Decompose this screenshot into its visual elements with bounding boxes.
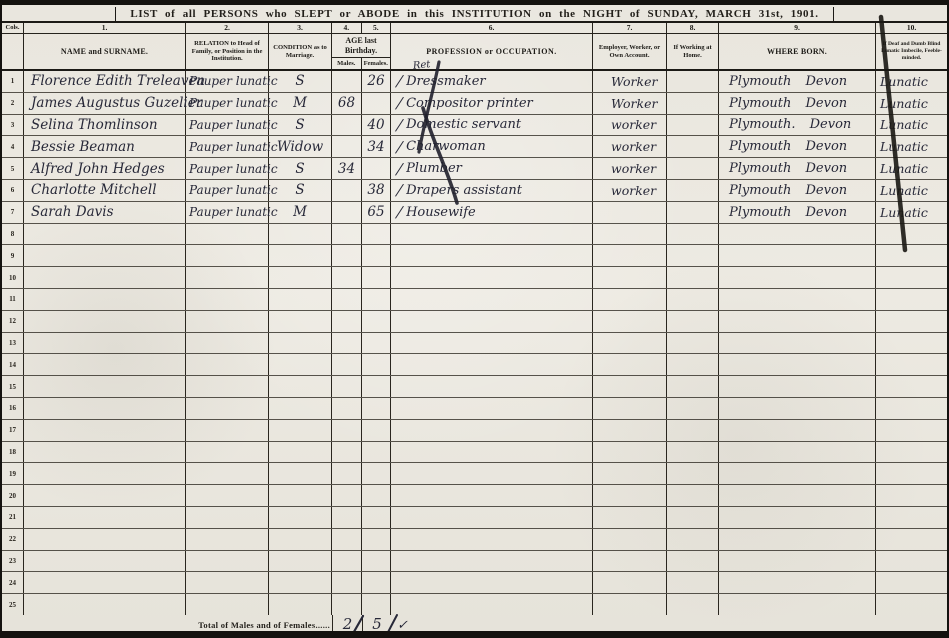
- males-subheader: Males.: [332, 58, 362, 69]
- employer-cell: [593, 224, 667, 245]
- working-at-home-cell: [667, 267, 719, 288]
- occupation-text: Drapers assistant: [406, 183, 522, 198]
- check-mark: ∕: [396, 138, 404, 156]
- where-born-cell: [719, 224, 876, 245]
- row-number: 1: [2, 71, 24, 92]
- condition-cell: [269, 442, 332, 463]
- working-at-home-cell: [667, 245, 719, 266]
- relation-cell: Pauper lunatic: [186, 180, 269, 201]
- age-female-cell: [362, 529, 391, 550]
- column-infirmity: 10. If Deaf and Dumb Blind Lunatic Imbec…: [876, 23, 947, 69]
- condition-cell: [269, 267, 332, 288]
- occupation-cell: [391, 572, 593, 593]
- row-number: 15: [2, 376, 24, 397]
- where-born-cell: Plymouth Devon: [719, 71, 876, 92]
- working-at-home-cell: [667, 136, 719, 157]
- col9-label: WHERE BORN.: [719, 34, 875, 69]
- check-mark: ∕: [396, 94, 404, 112]
- relation-cell: [186, 376, 269, 397]
- table-row: 11: [2, 289, 947, 311]
- age-male-cell: [332, 224, 362, 245]
- age-male-cell: [332, 115, 362, 136]
- occupation-cell: ∕Domestic servant: [391, 115, 593, 136]
- row-number: 23: [2, 551, 24, 572]
- relation-cell: Pauper lunatic: [186, 136, 269, 157]
- name-cell: [24, 420, 186, 441]
- row-number: 12: [2, 311, 24, 332]
- employer-cell: [593, 398, 667, 419]
- age-female-cell: [362, 485, 391, 506]
- working-at-home-cell: [667, 158, 719, 179]
- age-female-cell: [362, 93, 391, 114]
- title-row: LIST of all PERSONS who SLEPT or ABODE i…: [2, 5, 947, 23]
- condition-cell: [269, 594, 332, 615]
- col9-number: 9.: [719, 23, 875, 34]
- relation-cell: [186, 485, 269, 506]
- age-male-cell: [332, 354, 362, 375]
- row-number: 22: [2, 529, 24, 550]
- row-number: 9: [2, 245, 24, 266]
- condition-cell: [269, 354, 332, 375]
- infirmity-cell: Lunatic: [876, 180, 947, 201]
- infirmity-cell: [876, 245, 947, 266]
- age-female-cell: [362, 354, 391, 375]
- row-number: 25: [2, 594, 24, 615]
- relation-cell: [186, 267, 269, 288]
- age-female-cell: [362, 333, 391, 354]
- condition-cell: M: [269, 202, 332, 223]
- row-number: 11: [2, 289, 24, 310]
- relation-cell: [186, 442, 269, 463]
- employer-cell: [593, 594, 667, 615]
- row-number: 21: [2, 507, 24, 528]
- col3-number: 3.: [269, 23, 331, 34]
- infirmity-cell: [876, 333, 947, 354]
- total-check-mark: ✓: [391, 618, 408, 633]
- working-at-home-cell: [667, 529, 719, 550]
- infirmity-cell: [876, 289, 947, 310]
- where-born-cell: Plymouth Devon: [719, 202, 876, 223]
- age-label: AGE last Birthday.: [332, 34, 390, 57]
- occupation-cell: [391, 551, 593, 572]
- occupation-cell: ∕Charwoman: [391, 136, 593, 157]
- age-male-cell: [332, 485, 362, 506]
- column-relation: 2. RELATION to Head of Family, or Positi…: [186, 23, 269, 69]
- relation-cell: [186, 245, 269, 266]
- table-row: 23: [2, 551, 947, 573]
- table-row: 22: [2, 529, 947, 551]
- col1-label: NAME and SURNAME.: [24, 34, 185, 69]
- relation-cell: Pauper lunatic: [186, 71, 269, 92]
- employer-cell: [593, 551, 667, 572]
- row-number: 20: [2, 485, 24, 506]
- condition-cell: M: [269, 93, 332, 114]
- occupation-cell: [391, 442, 593, 463]
- condition-cell: S: [269, 71, 332, 92]
- occupation-text: Compositor printer: [406, 96, 533, 111]
- where-born-cell: [719, 507, 876, 528]
- age-male-cell: [332, 245, 362, 266]
- name-cell: Sarah Davis: [24, 202, 186, 223]
- table-row: 19: [2, 463, 947, 485]
- condition-cell: [269, 420, 332, 441]
- total-label: Total of Males and of Females......: [2, 620, 332, 630]
- occupation-cell: [391, 245, 593, 266]
- age-male-cell: [332, 202, 362, 223]
- working-at-home-cell: [667, 594, 719, 615]
- col2-label: RELATION to Head of Family, or Position …: [186, 34, 268, 69]
- employer-cell: [593, 354, 667, 375]
- where-born-cell: [719, 594, 876, 615]
- table-row: 10: [2, 267, 947, 289]
- name-cell: [24, 224, 186, 245]
- relation-cell: [186, 420, 269, 441]
- relation-cell: Pauper lunatic: [186, 202, 269, 223]
- row-number: 17: [2, 420, 24, 441]
- infirmity-cell: Lunatic: [876, 115, 947, 136]
- condition-cell: [269, 463, 332, 484]
- col3-label: CONDITION as to Marriage.: [269, 34, 331, 69]
- age-subheaders: Males. Females.: [332, 57, 390, 69]
- where-born-cell: [719, 529, 876, 550]
- working-at-home-cell: [667, 311, 719, 332]
- employer-cell: [593, 267, 667, 288]
- infirmity-cell: Lunatic: [876, 93, 947, 114]
- name-cell: [24, 572, 186, 593]
- check-mark: ∕: [396, 160, 404, 178]
- age-male-cell: [332, 398, 362, 419]
- table-row: 18: [2, 442, 947, 464]
- occupation-text: Charwoman: [406, 139, 486, 154]
- col8-label: If Working at Home.: [667, 34, 718, 69]
- row-number: 16: [2, 398, 24, 419]
- name-cell: [24, 463, 186, 484]
- table-row: 4 Bessie Beaman Pauper lunatic Widow 34 …: [2, 136, 947, 158]
- column-where-born: 9. WHERE BORN.: [719, 23, 876, 69]
- relation-cell: [186, 507, 269, 528]
- employer-cell: [593, 572, 667, 593]
- table-row: 9: [2, 245, 947, 267]
- table-row: 2 James Augustus Guzelier Pauper lunatic…: [2, 93, 947, 115]
- occupation-cell: [391, 376, 593, 397]
- occupation-cell: [391, 594, 593, 615]
- relation-cell: [186, 311, 269, 332]
- working-at-home-cell: [667, 376, 719, 397]
- occupation-cell: [391, 311, 593, 332]
- age-female-cell: [362, 158, 391, 179]
- age-female-cell: 38: [362, 180, 391, 201]
- infirmity-cell: [876, 442, 947, 463]
- age-male-cell: 68: [332, 93, 362, 114]
- name-cell: [24, 376, 186, 397]
- infirmity-cell: [876, 398, 947, 419]
- condition-cell: S: [269, 180, 332, 201]
- col4-number: 4.: [332, 23, 362, 33]
- where-born-cell: [719, 354, 876, 375]
- occupation-cell: [391, 529, 593, 550]
- age-male-cell: 34: [332, 158, 362, 179]
- infirmity-cell: [876, 354, 947, 375]
- employer-cell: worker: [593, 180, 667, 201]
- total-row: Total of Males and of Females...... 2 5 …: [2, 615, 947, 635]
- cols-blank: [2, 34, 23, 69]
- where-born-cell: [719, 463, 876, 484]
- employer-cell: [593, 376, 667, 397]
- working-at-home-cell: [667, 354, 719, 375]
- age-female-cell: [362, 376, 391, 397]
- relation-cell: [186, 398, 269, 419]
- working-at-home-cell: [667, 551, 719, 572]
- age-female-cell: 65: [362, 202, 391, 223]
- infirmity-cell: [876, 572, 947, 593]
- name-cell: Florence Edith Treleaven: [24, 71, 186, 92]
- age-female-cell: [362, 442, 391, 463]
- condition-cell: [269, 507, 332, 528]
- age-female-cell: [362, 572, 391, 593]
- relation-cell: [186, 354, 269, 375]
- age-male-cell: [332, 529, 362, 550]
- where-born-cell: [719, 442, 876, 463]
- employer-cell: [593, 202, 667, 223]
- name-cell: [24, 333, 186, 354]
- condition-cell: [269, 245, 332, 266]
- check-mark: ∕: [396, 203, 404, 221]
- age-male-cell: [332, 333, 362, 354]
- infirmity-cell: [876, 529, 947, 550]
- name-cell: [24, 354, 186, 375]
- working-at-home-cell: [667, 485, 719, 506]
- condition-cell: [269, 376, 332, 397]
- condition-cell: [269, 224, 332, 245]
- age-male-cell: [332, 376, 362, 397]
- relation-cell: [186, 289, 269, 310]
- employer-cell: [593, 289, 667, 310]
- column-age: 4. 5. AGE last Birthday. Males. Females.: [332, 23, 391, 69]
- where-born-cell: [719, 485, 876, 506]
- name-cell: Bessie Beaman: [24, 136, 186, 157]
- infirmity-cell: Lunatic: [876, 136, 947, 157]
- age-female-cell: [362, 398, 391, 419]
- employer-cell: [593, 420, 667, 441]
- occupation-cell: ∕Compositor printer: [391, 93, 593, 114]
- infirmity-cell: [876, 507, 947, 528]
- age-female-cell: [362, 594, 391, 615]
- table-row: 24: [2, 572, 947, 594]
- employer-cell: worker: [593, 136, 667, 157]
- col8-number: 8.: [667, 23, 718, 34]
- occupation-text: Housewife: [406, 205, 476, 220]
- table-row: 12: [2, 311, 947, 333]
- infirmity-cell: [876, 594, 947, 615]
- where-born-cell: [719, 572, 876, 593]
- occupation-cell: [391, 224, 593, 245]
- working-at-home-cell: [667, 224, 719, 245]
- age-female-cell: [362, 267, 391, 288]
- occupation-text: Dressmaker: [406, 74, 486, 89]
- name-cell: Charlotte Mitchell: [24, 180, 186, 201]
- infirmity-cell: [876, 463, 947, 484]
- col2-number: 2.: [186, 23, 268, 34]
- col10-number: 10.: [876, 23, 947, 34]
- name-cell: James Augustus Guzelier: [24, 93, 186, 114]
- age-female-cell: [362, 420, 391, 441]
- occupation-cell: ∕Drapers assistant: [391, 180, 593, 201]
- relation-cell: [186, 551, 269, 572]
- row-number: 5: [2, 158, 24, 179]
- employer-cell: [593, 245, 667, 266]
- working-at-home-cell: [667, 202, 719, 223]
- name-cell: [24, 485, 186, 506]
- employer-cell: [593, 311, 667, 332]
- row-number: 3: [2, 115, 24, 136]
- employer-cell: Worker: [593, 93, 667, 114]
- total-males: 2: [332, 615, 362, 635]
- col6-number: 6.: [391, 23, 592, 34]
- employer-cell: [593, 529, 667, 550]
- column-employer: 7. Employer, Worker, or Own Account.: [593, 23, 667, 69]
- name-cell: [24, 267, 186, 288]
- age-female-cell: [362, 507, 391, 528]
- check-mark: ∕: [396, 72, 404, 90]
- working-at-home-cell: [667, 71, 719, 92]
- occupation-cell: [391, 267, 593, 288]
- condition-cell: [269, 572, 332, 593]
- table-row: 20: [2, 485, 947, 507]
- col1-number: 1.: [24, 23, 185, 34]
- column-condition: 3. CONDITION as to Marriage.: [269, 23, 332, 69]
- age-female-cell: [362, 224, 391, 245]
- infirmity-cell: Lunatic: [876, 202, 947, 223]
- infirmity-cell: [876, 485, 947, 506]
- where-born-cell: [719, 289, 876, 310]
- employer-cell: worker: [593, 115, 667, 136]
- name-cell: [24, 442, 186, 463]
- ret-annotation: Ret: [412, 59, 431, 72]
- where-born-cell: [719, 376, 876, 397]
- occupation-cell: ∕Dressmaker: [391, 71, 593, 92]
- where-born-cell: [719, 311, 876, 332]
- name-cell: [24, 311, 186, 332]
- age-female-cell: [362, 551, 391, 572]
- table-row: 3 Selina Thomlinson Pauper lunatic S 40 …: [2, 115, 947, 137]
- age-male-cell: [332, 71, 362, 92]
- row-number: 7: [2, 202, 24, 223]
- age-female-cell: [362, 245, 391, 266]
- column-cols: Cols.: [2, 23, 24, 69]
- occupation-cell: ∕Plumber: [391, 158, 593, 179]
- row-number: 14: [2, 354, 24, 375]
- condition-cell: [269, 333, 332, 354]
- employer-cell: [593, 485, 667, 506]
- where-born-cell: [719, 333, 876, 354]
- age-female-cell: 40: [362, 115, 391, 136]
- total-females: 5: [362, 615, 391, 635]
- condition-cell: [269, 529, 332, 550]
- row-number: 24: [2, 572, 24, 593]
- name-cell: [24, 529, 186, 550]
- occupation-cell: [391, 420, 593, 441]
- cols-label: Cols.: [2, 23, 23, 34]
- condition-cell: [269, 398, 332, 419]
- where-born-cell: [719, 420, 876, 441]
- relation-cell: [186, 463, 269, 484]
- where-born-cell: Plymouth Devon: [719, 93, 876, 114]
- age-male-cell: [332, 311, 362, 332]
- occupation-cell: [391, 333, 593, 354]
- occupation-text: Plumber: [406, 161, 462, 176]
- table-row: 25: [2, 594, 947, 615]
- age-male-cell: [332, 420, 362, 441]
- occupation-cell: [391, 485, 593, 506]
- row-number: 2: [2, 93, 24, 114]
- name-cell: [24, 398, 186, 419]
- infirmity-cell: [876, 420, 947, 441]
- working-at-home-cell: [667, 333, 719, 354]
- age-female-cell: [362, 463, 391, 484]
- table-row: 16: [2, 398, 947, 420]
- working-at-home-cell: [667, 572, 719, 593]
- occupation-cell: [391, 289, 593, 310]
- col10-label: If Deaf and Dumb Blind Lunatic Imbecile,…: [876, 34, 947, 69]
- occupation-text: Domestic servant: [406, 117, 521, 132]
- infirmity-cell: [876, 311, 947, 332]
- age-male-cell: [332, 551, 362, 572]
- occupation-cell: [391, 463, 593, 484]
- name-cell: Selina Thomlinson: [24, 115, 186, 136]
- relation-cell: [186, 529, 269, 550]
- occupation-cell: [391, 507, 593, 528]
- occupation-cell: [391, 354, 593, 375]
- females-subheader: Females.: [362, 58, 391, 69]
- age-male-cell: [332, 442, 362, 463]
- table-row: 15: [2, 376, 947, 398]
- table-row: 7 Sarah Davis Pauper lunatic M 65 ∕House…: [2, 202, 947, 224]
- name-cell: [24, 507, 186, 528]
- working-at-home-cell: [667, 442, 719, 463]
- working-at-home-cell: [667, 115, 719, 136]
- age-male-cell: [332, 136, 362, 157]
- condition-cell: [269, 551, 332, 572]
- column-working-at-home: 8. If Working at Home.: [667, 23, 719, 69]
- condition-cell: S: [269, 115, 332, 136]
- relation-cell: [186, 333, 269, 354]
- condition-cell: S: [269, 158, 332, 179]
- employer-cell: Worker: [593, 71, 667, 92]
- age-male-cell: [332, 180, 362, 201]
- infirmity-cell: [876, 224, 947, 245]
- working-at-home-cell: [667, 507, 719, 528]
- relation-cell: Pauper lunatic: [186, 115, 269, 136]
- working-at-home-cell: [667, 398, 719, 419]
- relation-cell: [186, 224, 269, 245]
- name-cell: Alfred John Hedges: [24, 158, 186, 179]
- infirmity-cell: [876, 267, 947, 288]
- employer-cell: [593, 507, 667, 528]
- working-at-home-cell: [667, 93, 719, 114]
- table-row: 1 Florence Edith Treleaven Pauper lunati…: [2, 71, 947, 93]
- age-numbers: 4. 5.: [332, 23, 390, 34]
- employer-cell: [593, 442, 667, 463]
- age-female-cell: 26: [362, 71, 391, 92]
- row-number: 8: [2, 224, 24, 245]
- col5-number: 5.: [362, 23, 391, 33]
- census-sheet: LIST of all PERSONS who SLEPT or ABODE i…: [0, 0, 949, 638]
- row-number: 6: [2, 180, 24, 201]
- table-row: 17: [2, 420, 947, 442]
- age-female-cell: 34: [362, 136, 391, 157]
- name-cell: [24, 551, 186, 572]
- name-cell: [24, 289, 186, 310]
